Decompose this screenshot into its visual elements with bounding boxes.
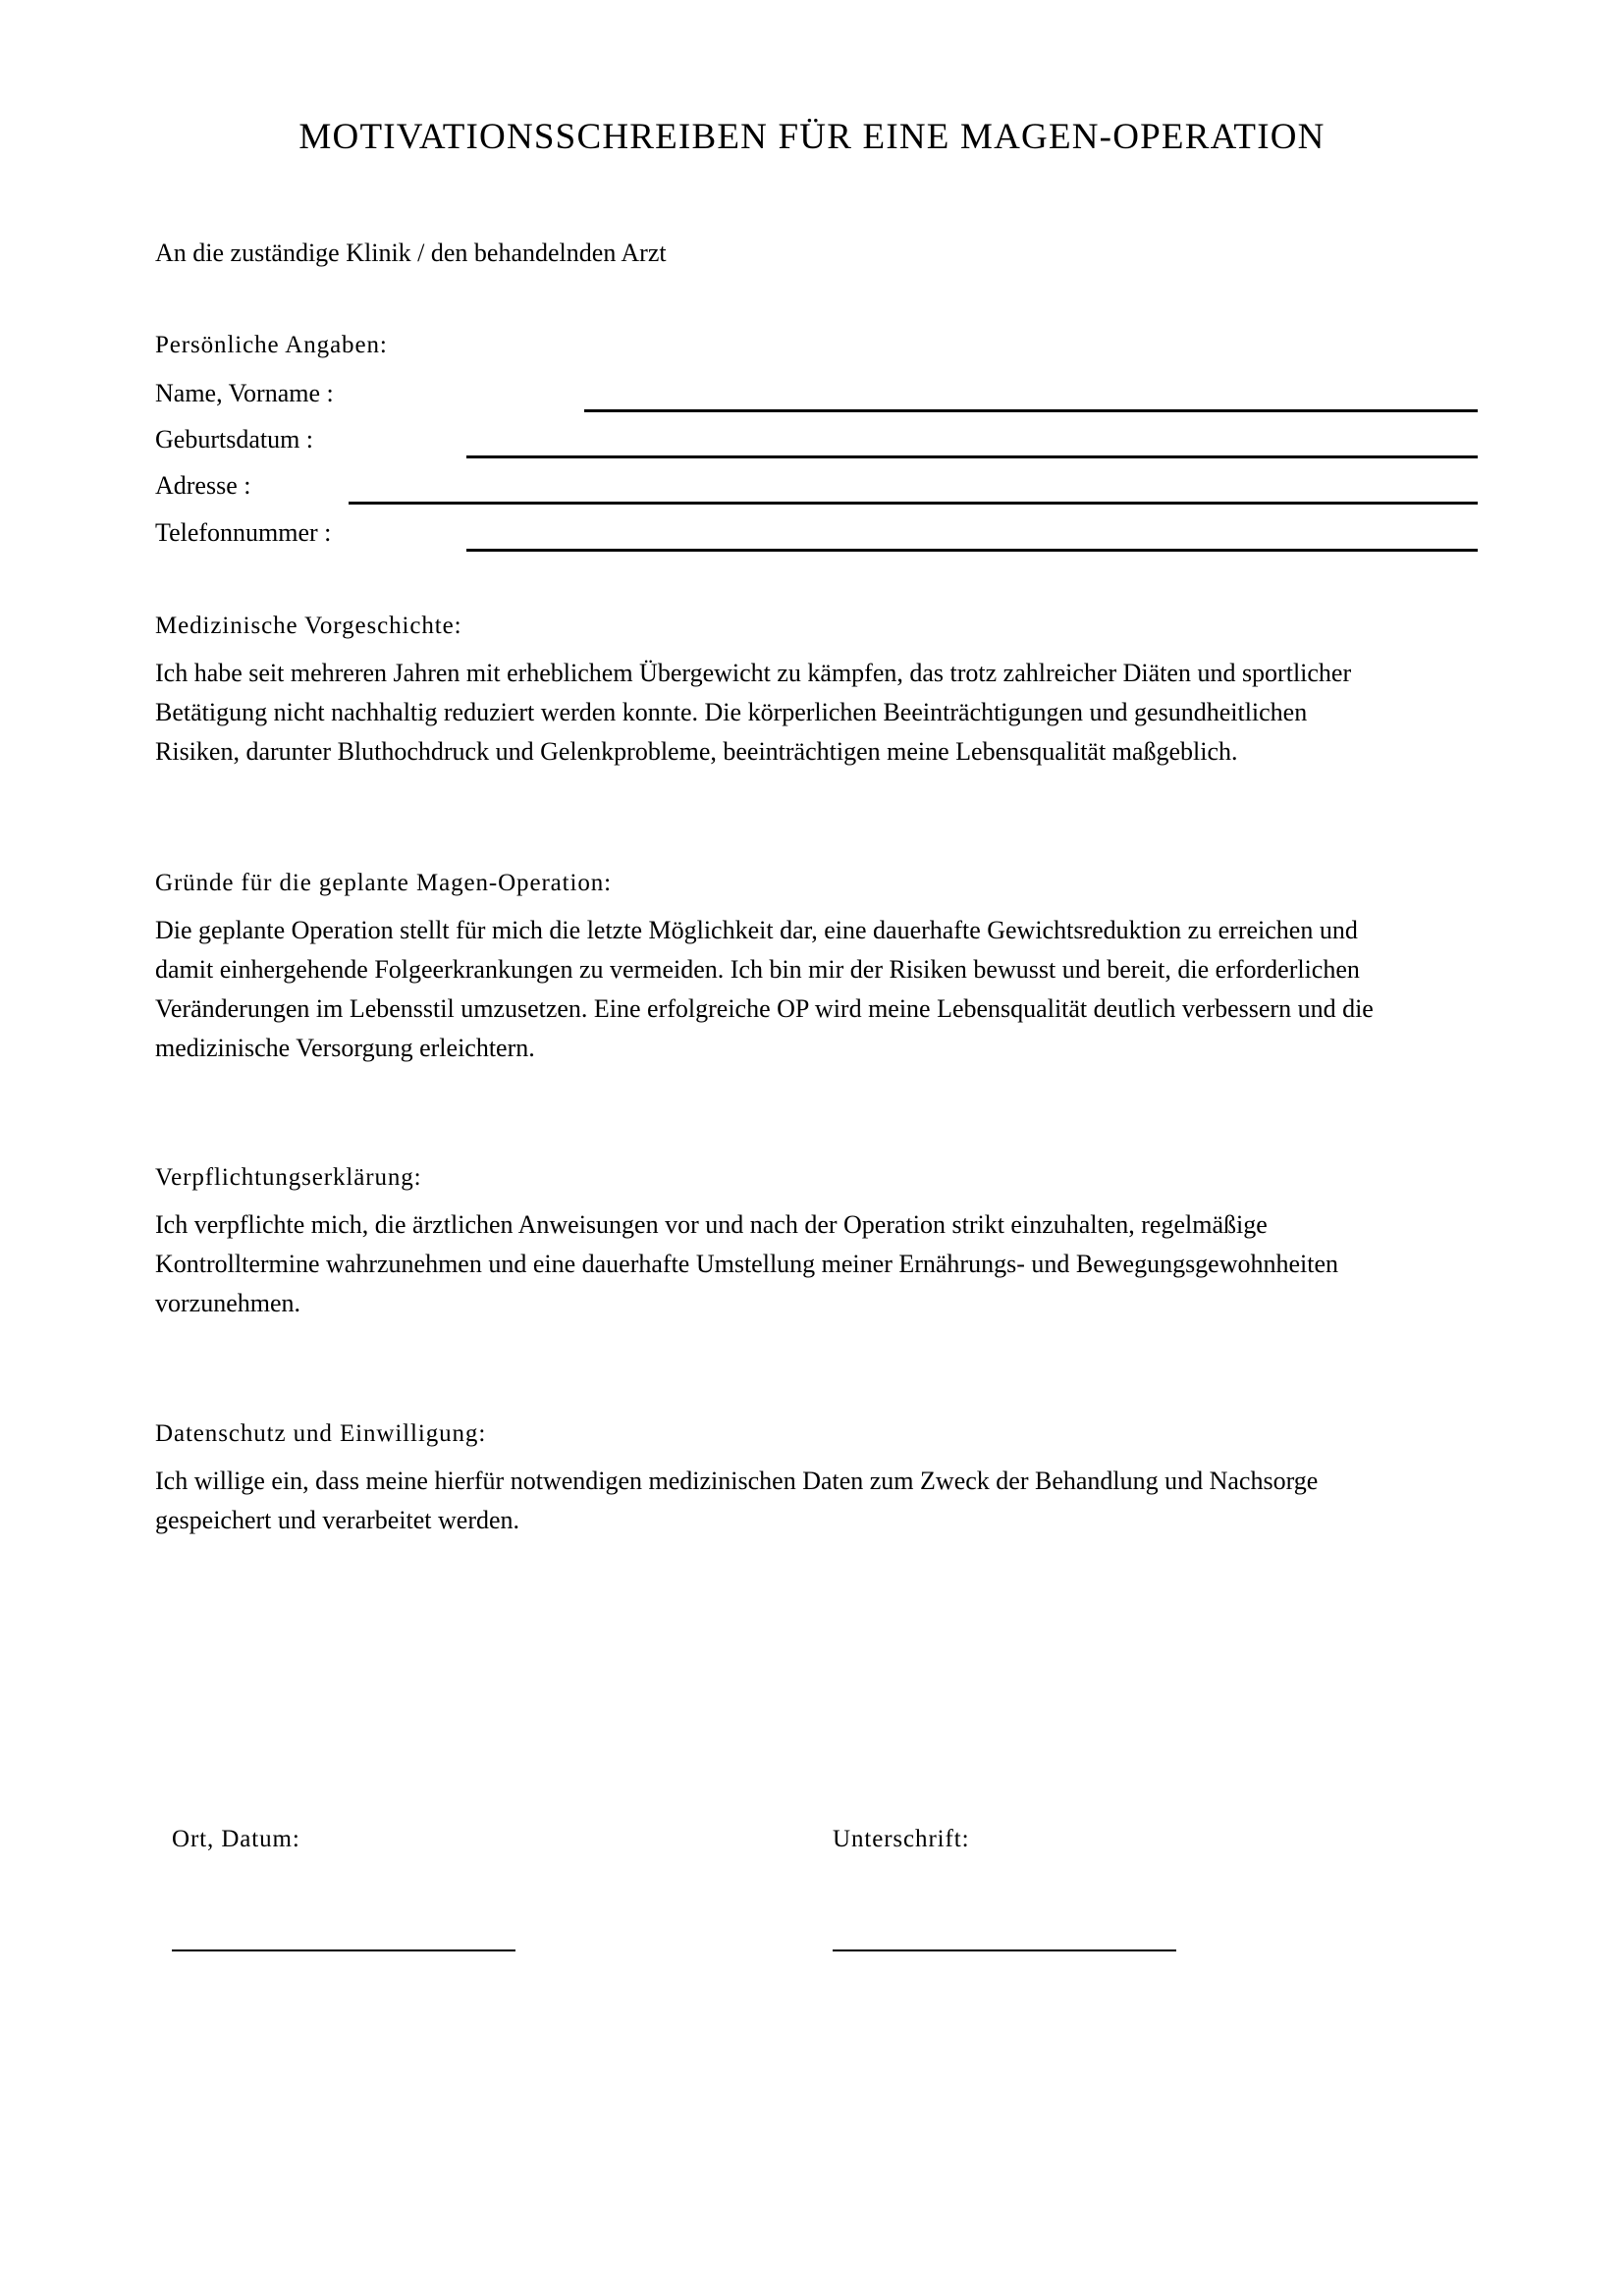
- phone-input-line[interactable]: [466, 549, 1478, 552]
- birthdate-label: Geburtsdatum :: [155, 425, 313, 454]
- personal-info-heading: Persönliche Angaben:: [155, 332, 388, 359]
- recipient-line: An die zuständige Klinik / den behandeln…: [155, 239, 667, 268]
- name-field-row: Name, Vorname :: [155, 379, 1478, 418]
- commitment-text: Ich verpflichte mich, die ärztlichen Anw…: [155, 1205, 1490, 1323]
- address-field-row: Adresse :: [155, 471, 1478, 510]
- address-label: Adresse :: [155, 471, 250, 501]
- signature-label: Unterschrift:: [833, 1826, 969, 1853]
- name-input-line[interactable]: [584, 409, 1478, 412]
- address-input-line[interactable]: [349, 502, 1478, 505]
- privacy-consent-heading: Datenschutz und Einwilligung:: [155, 1420, 486, 1448]
- phone-label: Telefonnummer :: [155, 518, 331, 548]
- document-page: MOTIVATIONSSCHREIBEN FÜR EINE MAGEN-OPER…: [0, 0, 1624, 2296]
- privacy-consent-text: Ich willige ein, dass meine hierfür notw…: [155, 1462, 1490, 1540]
- medical-history-heading: Medizinische Vorgeschichte:: [155, 613, 461, 640]
- document-title: MOTIVATIONSSCHREIBEN FÜR EINE MAGEN-OPER…: [0, 116, 1624, 158]
- place-date-line[interactable]: [172, 1949, 515, 1951]
- medical-history-text: Ich habe seit mehreren Jahren mit erhebl…: [155, 654, 1490, 772]
- name-label: Name, Vorname :: [155, 379, 334, 408]
- commitment-heading: Verpflichtungserklärung:: [155, 1164, 422, 1192]
- birthdate-input-line[interactable]: [466, 455, 1478, 458]
- birthdate-field-row: Geburtsdatum :: [155, 425, 1478, 464]
- surgery-reasons-heading: Gründe für die geplante Magen-Operation:: [155, 870, 612, 897]
- surgery-reasons-text: Die geplante Operation stellt für mich d…: [155, 911, 1490, 1068]
- signature-line[interactable]: [833, 1949, 1176, 1951]
- place-date-label: Ort, Datum:: [172, 1826, 300, 1853]
- phone-field-row: Telefonnummer :: [155, 518, 1478, 558]
